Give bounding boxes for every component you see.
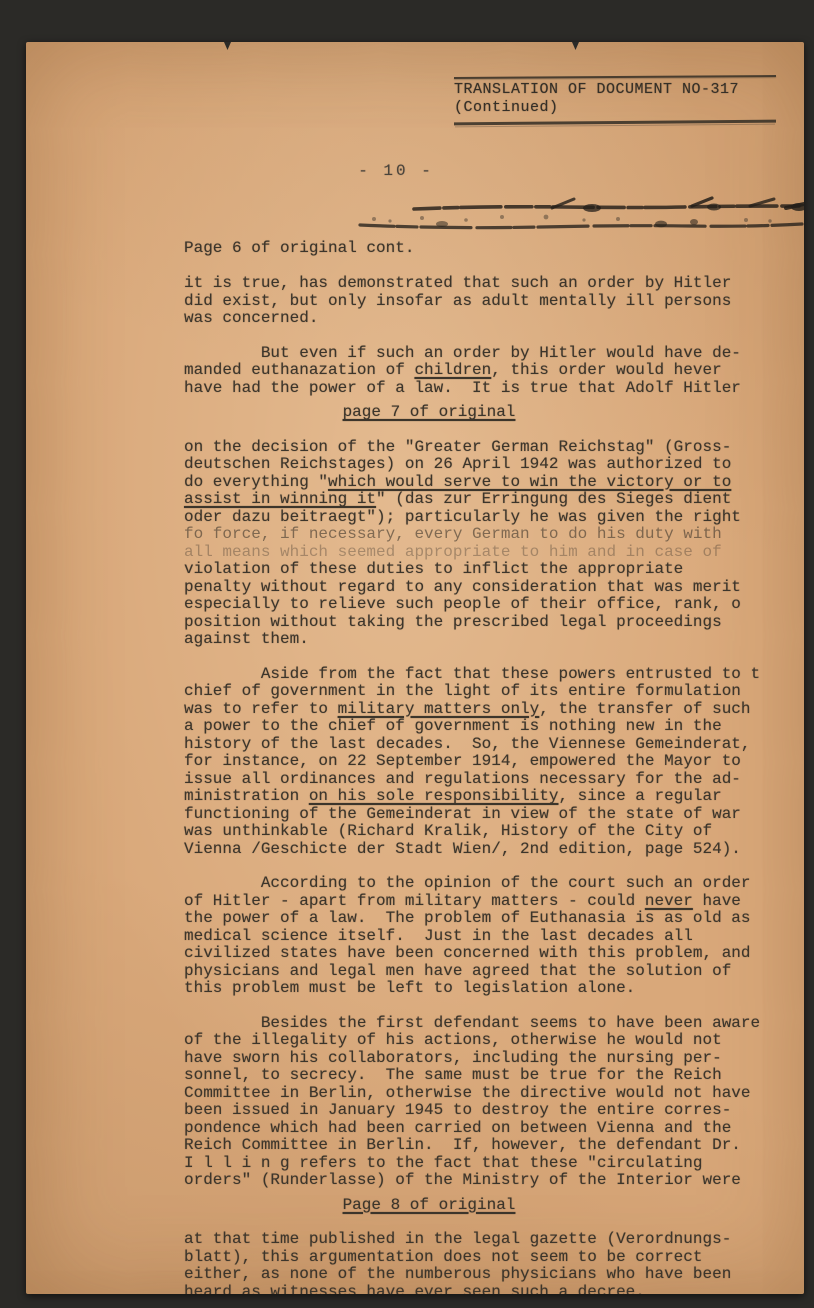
text-line: medical science itself. Just in the last… <box>184 928 804 946</box>
text-line: been issued in January 1945 to destroy t… <box>184 1102 804 1120</box>
section-heading: Page 8 of original <box>184 1197 674 1215</box>
text-line: have sworn his collaborators, including … <box>184 1050 804 1068</box>
text-line: Committee in Berlin, otherwise the direc… <box>184 1085 804 1103</box>
text-line: of Hitler - apart from military matters … <box>184 893 804 911</box>
text-line: sonnel, to secrecy. The same must be tru… <box>184 1067 804 1085</box>
text-line: penalty without regard to any considerat… <box>184 579 804 597</box>
text-line: a power to the chief of government is no… <box>184 718 804 736</box>
paper-notch <box>572 42 579 50</box>
text-line: either, as none of the numberous physici… <box>184 1266 804 1284</box>
text-line: all means which seemed appropriate to hi… <box>184 544 804 562</box>
smudge-graphic <box>356 194 804 234</box>
text-line: orders" (Runderlasse) of the Ministry of… <box>184 1172 804 1190</box>
text-line: was unthinkable (Richard Kralik, History… <box>184 823 804 841</box>
text-line: civilized states have been concerned wit… <box>184 945 804 963</box>
text-line: was to refer to military matters only, t… <box>184 701 804 719</box>
body-text: it is true, has demonstrated that such a… <box>184 275 804 1294</box>
paragraph: Aside from the fact that these powers en… <box>184 666 804 859</box>
text-line: Besides the first defendant seems to hav… <box>184 1015 804 1033</box>
ink-smudge-strikethrough <box>356 194 804 234</box>
text-line: deutschen Reichstages) on 26 April 1942 … <box>184 456 804 474</box>
text-line: for instance, on 22 September 1914, empo… <box>184 753 804 771</box>
paragraph: at that time published in the legal gaze… <box>184 1231 804 1294</box>
text-line: have had the power of a law. It is true … <box>184 380 804 398</box>
stamp-continued: (Continued) <box>454 99 776 117</box>
stamp-rule-bottom <box>454 120 776 126</box>
text-line: manded euthanazation of children, this o… <box>184 362 804 380</box>
stamp-title: TRANSLATION OF DOCUMENT NO-317 <box>454 81 776 99</box>
text-line: heard as witnesses have ever seen such a… <box>184 1284 804 1295</box>
text-line: chief of government in the light of its … <box>184 683 804 701</box>
paper-notch <box>224 42 231 50</box>
paragraph: Besides the first defendant seems to hav… <box>184 1015 804 1190</box>
text-line: physicians and legal men have agreed tha… <box>184 963 804 981</box>
text-line: ministration on his sole responsibility,… <box>184 788 804 806</box>
text-line: I l l i n g refers to the fact that thes… <box>184 1155 804 1173</box>
text-line: of the illegality of his actions, otherw… <box>184 1032 804 1050</box>
text-line: blatt), this argumentation does not seem… <box>184 1249 804 1267</box>
text-line: Reich Committee in Berlin. If, however, … <box>184 1137 804 1155</box>
page-number: - 10 - <box>26 162 766 180</box>
text-line: But even if such an order by Hitler woul… <box>184 345 804 363</box>
text-line: it is true, has demonstrated that such a… <box>184 275 804 293</box>
text-line: the power of a law. The problem of Eutha… <box>184 910 804 928</box>
text-line: functioning of the Gemeinderat in view o… <box>184 806 804 824</box>
text-line: at that time published in the legal gaze… <box>184 1231 804 1249</box>
text-line: issue all ordinances and regulations nec… <box>184 771 804 789</box>
text-line: Vienna /Geschicte der Stadt Wien/, 2nd e… <box>184 841 804 859</box>
continuation-note: Page 6 of original cont. <box>184 239 414 257</box>
text-line: did exist, but only insofar as adult men… <box>184 293 804 311</box>
scan-backdrop: TRANSLATION OF DOCUMENT NO-317 (Continue… <box>0 0 814 1308</box>
paragraph: But even if such an order by Hitler woul… <box>184 345 804 398</box>
text-line: violation of these duties to inflict the… <box>184 561 804 579</box>
text-line: especially to relieve such people of the… <box>184 596 804 614</box>
text-line: this problem must be left to legislation… <box>184 980 804 998</box>
text-line: oder dazu beitraegt"); particularly he w… <box>184 509 804 527</box>
document-page: TRANSLATION OF DOCUMENT NO-317 (Continue… <box>26 42 804 1294</box>
text-line: pondence which had been carried on betwe… <box>184 1120 804 1138</box>
paragraph: on the decision of the "Greater German R… <box>184 439 804 649</box>
translation-stamp: TRANSLATION OF DOCUMENT NO-317 (Continue… <box>454 76 776 124</box>
text-line: against them. <box>184 631 804 649</box>
section-heading: page 7 of original <box>184 404 674 422</box>
text-line: Aside from the fact that these powers en… <box>184 666 804 684</box>
text-line: fo force, if necessary, every German to … <box>184 526 804 544</box>
paragraph: According to the opinion of the court su… <box>184 875 804 998</box>
text-line: do everything "which would serve to win … <box>184 474 804 492</box>
paragraph: it is true, has demonstrated that such a… <box>184 275 804 328</box>
text-line: position without taking the prescribed l… <box>184 614 804 632</box>
stamp-rule-top <box>454 75 776 79</box>
text-line: on the decision of the "Greater German R… <box>184 439 804 457</box>
text-line: assist in winning it" (das zur Erringung… <box>184 491 804 509</box>
text-line: According to the opinion of the court su… <box>184 875 804 893</box>
text-line: was concerned. <box>184 310 804 328</box>
text-line: history of the last decades. So, the Vie… <box>184 736 804 754</box>
